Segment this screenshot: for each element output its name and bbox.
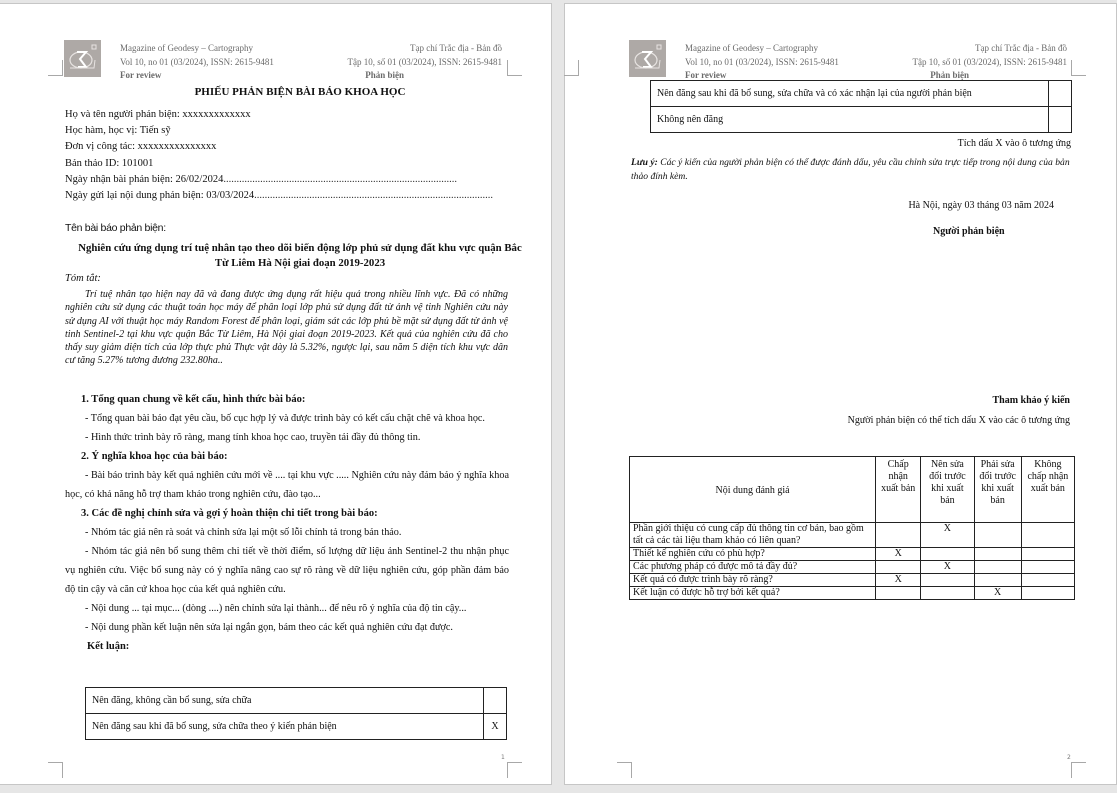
conclusion-option: Nên đăng sau khi đã bổ sung, sửa chữa th… (86, 714, 484, 740)
table-header-row: Nội dung đánh giá Chấp nhận xuất bản Nên… (630, 457, 1075, 523)
mark-cell[interactable] (921, 587, 974, 600)
page-number: 2 (1067, 754, 1071, 761)
header-right: Tạp chí Trắc địa - Bản đồ Tập 10, số 01 … (348, 42, 503, 83)
issue-vi: Tập 10, số 01 (03/2024), ISSN: 2615-9481 (348, 56, 503, 70)
crop-mark (1071, 762, 1086, 778)
mark-cell[interactable]: X (921, 561, 974, 574)
mark-cell[interactable]: X (974, 587, 1021, 600)
column-header: Chấp nhận xuất bản (876, 457, 921, 523)
article-title: Nghiên cứu ứng dụng trí tuệ nhân tạo the… (62, 241, 538, 271)
criterion: Kết luận có được hỗ trợ bởi kết quả? (630, 587, 876, 600)
journal-name-vi: Tạp chí Trắc địa - Bản đồ (348, 42, 503, 56)
info-line: Học hàm, học vị: Tiến sỹ (65, 123, 510, 139)
abstract-label: Tóm tắt: (65, 273, 101, 284)
note: Lưu ý: Các ý kiến của người phản biện có… (631, 156, 1074, 184)
table-row: Phần giới thiệu có cung cấp đủ thông tin… (630, 523, 1075, 548)
mark-cell[interactable] (974, 574, 1021, 587)
mark-cell[interactable] (1021, 561, 1074, 574)
mark-cell[interactable]: X (876, 574, 921, 587)
tick-note: Tích dấu X vào ô tương ứng (958, 138, 1071, 149)
table-row: Các phương pháp có được mô tả đầy đủ? X (630, 561, 1075, 574)
criterion: Kết quả có được trình bày rõ ràng? (630, 574, 876, 587)
crop-mark (48, 60, 63, 76)
section-item: - Tổng quan bài báo đạt yêu cầu, bố cục … (65, 409, 509, 428)
criterion: Các phương pháp có được mô tả đầy đủ? (630, 561, 876, 574)
conclusion-table-p1: Nên đăng, không cần bổ sung, sửa chữa Nê… (85, 687, 507, 740)
document-page-2: Magazine of Geodesy – Cartography Vol 10… (564, 3, 1117, 785)
column-header: Không chấp nhận xuất bản (1021, 457, 1074, 523)
info-line: Đơn vị công tác: xxxxxxxxxxxxxxx (65, 139, 510, 155)
mark-cell[interactable] (921, 574, 974, 587)
mark-cell[interactable] (876, 587, 921, 600)
table-row: Nên đăng, không cần bổ sung, sửa chữa (86, 688, 507, 714)
conclusion-checkbox[interactable] (484, 688, 507, 714)
conclusion-option: Nên đăng sau khi đã bổ sung, sửa chữa và… (651, 81, 1049, 107)
header-left: Magazine of Geodesy – Cartography Vol 10… (685, 42, 839, 83)
review-label-vi: Phản biện (348, 69, 405, 83)
review-label-en: For review (120, 69, 274, 83)
conclusion-label: Kết luận: (65, 637, 509, 656)
info-line: Ngày gửi lại nội dung phản biện: 03/03/2… (65, 188, 510, 204)
review-sections: 1. Tổng quan chung về kết cấu, hình thức… (65, 390, 509, 656)
reference-title: Tham khảo ý kiến (992, 395, 1070, 406)
signer-label: Người phản biện (933, 226, 1005, 237)
section-heading: 3. Các đề nghị chỉnh sửa và gợi ý hoàn t… (65, 504, 509, 523)
mark-cell[interactable] (974, 523, 1021, 548)
info-line: Bản thảo ID: 101001 (65, 156, 510, 172)
conclusion-checkbox[interactable] (1049, 107, 1072, 133)
page-number: 1 (501, 754, 505, 761)
table-row: Nên đăng sau khi đã bổ sung, sửa chữa và… (651, 81, 1072, 107)
section-item: - Nội dung ... tại mục... (dòng ....) nê… (65, 599, 509, 618)
conclusion-checkbox[interactable]: X (484, 714, 507, 740)
conclusion-checkbox[interactable] (1049, 81, 1072, 107)
table-row: Kết quả có được trình bày rõ ràng? X (630, 574, 1075, 587)
crop-mark (507, 762, 522, 778)
reference-note: Người phản biện có thể tích dấu X vào cá… (848, 415, 1070, 426)
crop-mark (1071, 60, 1086, 76)
crop-mark (564, 60, 579, 76)
issue-en: Vol 10, no 01 (03/2024), ISSN: 2615-9481 (120, 56, 274, 70)
mark-cell[interactable] (876, 561, 921, 574)
journal-logo-icon (629, 40, 666, 77)
mark-cell[interactable]: X (876, 548, 921, 561)
section-item: - Nhóm tác giả nên rà soát và chỉnh sửa … (65, 523, 509, 542)
mark-cell[interactable] (1021, 587, 1074, 600)
section-item: - Nội dung phần kết luận nên sửa lại ngắ… (65, 618, 509, 637)
mark-cell[interactable] (921, 548, 974, 561)
reviewer-info: Họ và tên người phản biện: xxxxxxxxxxxxx… (65, 107, 510, 204)
mark-cell[interactable] (974, 561, 1021, 574)
criterion: Phần giới thiệu có cung cấp đủ thông tin… (630, 523, 876, 548)
evaluation-table: Nội dung đánh giá Chấp nhận xuất bản Nên… (629, 456, 1075, 600)
table-row: Kết luận có được hỗ trợ bởi kết quả? X (630, 587, 1075, 600)
section-item: - Bài báo trình bày kết quả nghiên cứu m… (65, 466, 509, 504)
journal-logo-icon (64, 40, 101, 77)
column-header: Nên sửa đổi trước khi xuất bản (921, 457, 974, 523)
conclusion-table-p2: Nên đăng sau khi đã bổ sung, sửa chữa và… (650, 80, 1072, 133)
section-item: - Hình thức trình bày rõ ràng, mang tính… (65, 428, 509, 447)
journal-name-en: Magazine of Geodesy – Cartography (120, 42, 274, 56)
section-heading: 2. Ý nghĩa khoa học của bài báo: (65, 447, 509, 466)
mark-cell[interactable] (876, 523, 921, 548)
criterion: Thiết kế nghiên cứu có phù hợp? (630, 548, 876, 561)
section-heading: 1. Tổng quan chung về kết cấu, hình thức… (65, 390, 509, 409)
table-row: Thiết kế nghiên cứu có phù hợp? X (630, 548, 1075, 561)
section-item: - Nhóm tác giả nên bổ sung thêm chi tiết… (65, 542, 509, 599)
mark-cell[interactable] (1021, 523, 1074, 548)
abstract-text: Trí tuệ nhân tạo hiện nay đã và đang đượ… (65, 288, 508, 368)
mark-cell[interactable] (974, 548, 1021, 561)
table-row: Không nên đăng (651, 107, 1072, 133)
column-header: Nội dung đánh giá (630, 457, 876, 523)
info-line: Họ và tên người phản biện: xxxxxxxxxxxxx (65, 107, 510, 123)
mark-cell[interactable] (1021, 574, 1074, 587)
mark-cell[interactable] (1021, 548, 1074, 561)
conclusion-option: Nên đăng, không cần bổ sung, sửa chữa (86, 688, 484, 714)
column-header: Phải sửa đổi trước khi xuất bản (974, 457, 1021, 523)
mark-cell[interactable]: X (921, 523, 974, 548)
crop-mark (617, 762, 632, 778)
conclusion-option: Không nên đăng (651, 107, 1049, 133)
crop-mark (48, 762, 63, 778)
info-line: Ngày nhận bài phản biện: 26/02/2024.....… (65, 172, 510, 188)
header-right: Tạp chí Trắc địa - Bản đồ Tập 10, số 01 … (913, 42, 1068, 83)
document-page-1: Magazine of Geodesy – Cartography Vol 10… (0, 3, 552, 785)
article-label: Tên bài báo phản biện: (65, 222, 166, 234)
crop-mark (507, 60, 522, 76)
date-line: Hà Nội, ngày 03 tháng 03 năm 2024 (908, 200, 1054, 211)
header-left: Magazine of Geodesy – Cartography Vol 10… (120, 42, 274, 83)
table-row: Nên đăng sau khi đã bổ sung, sửa chữa th… (86, 714, 507, 740)
form-title: PHIẾU PHẢN BIỆN BÀI BÁO KHOA HỌC (60, 86, 540, 98)
